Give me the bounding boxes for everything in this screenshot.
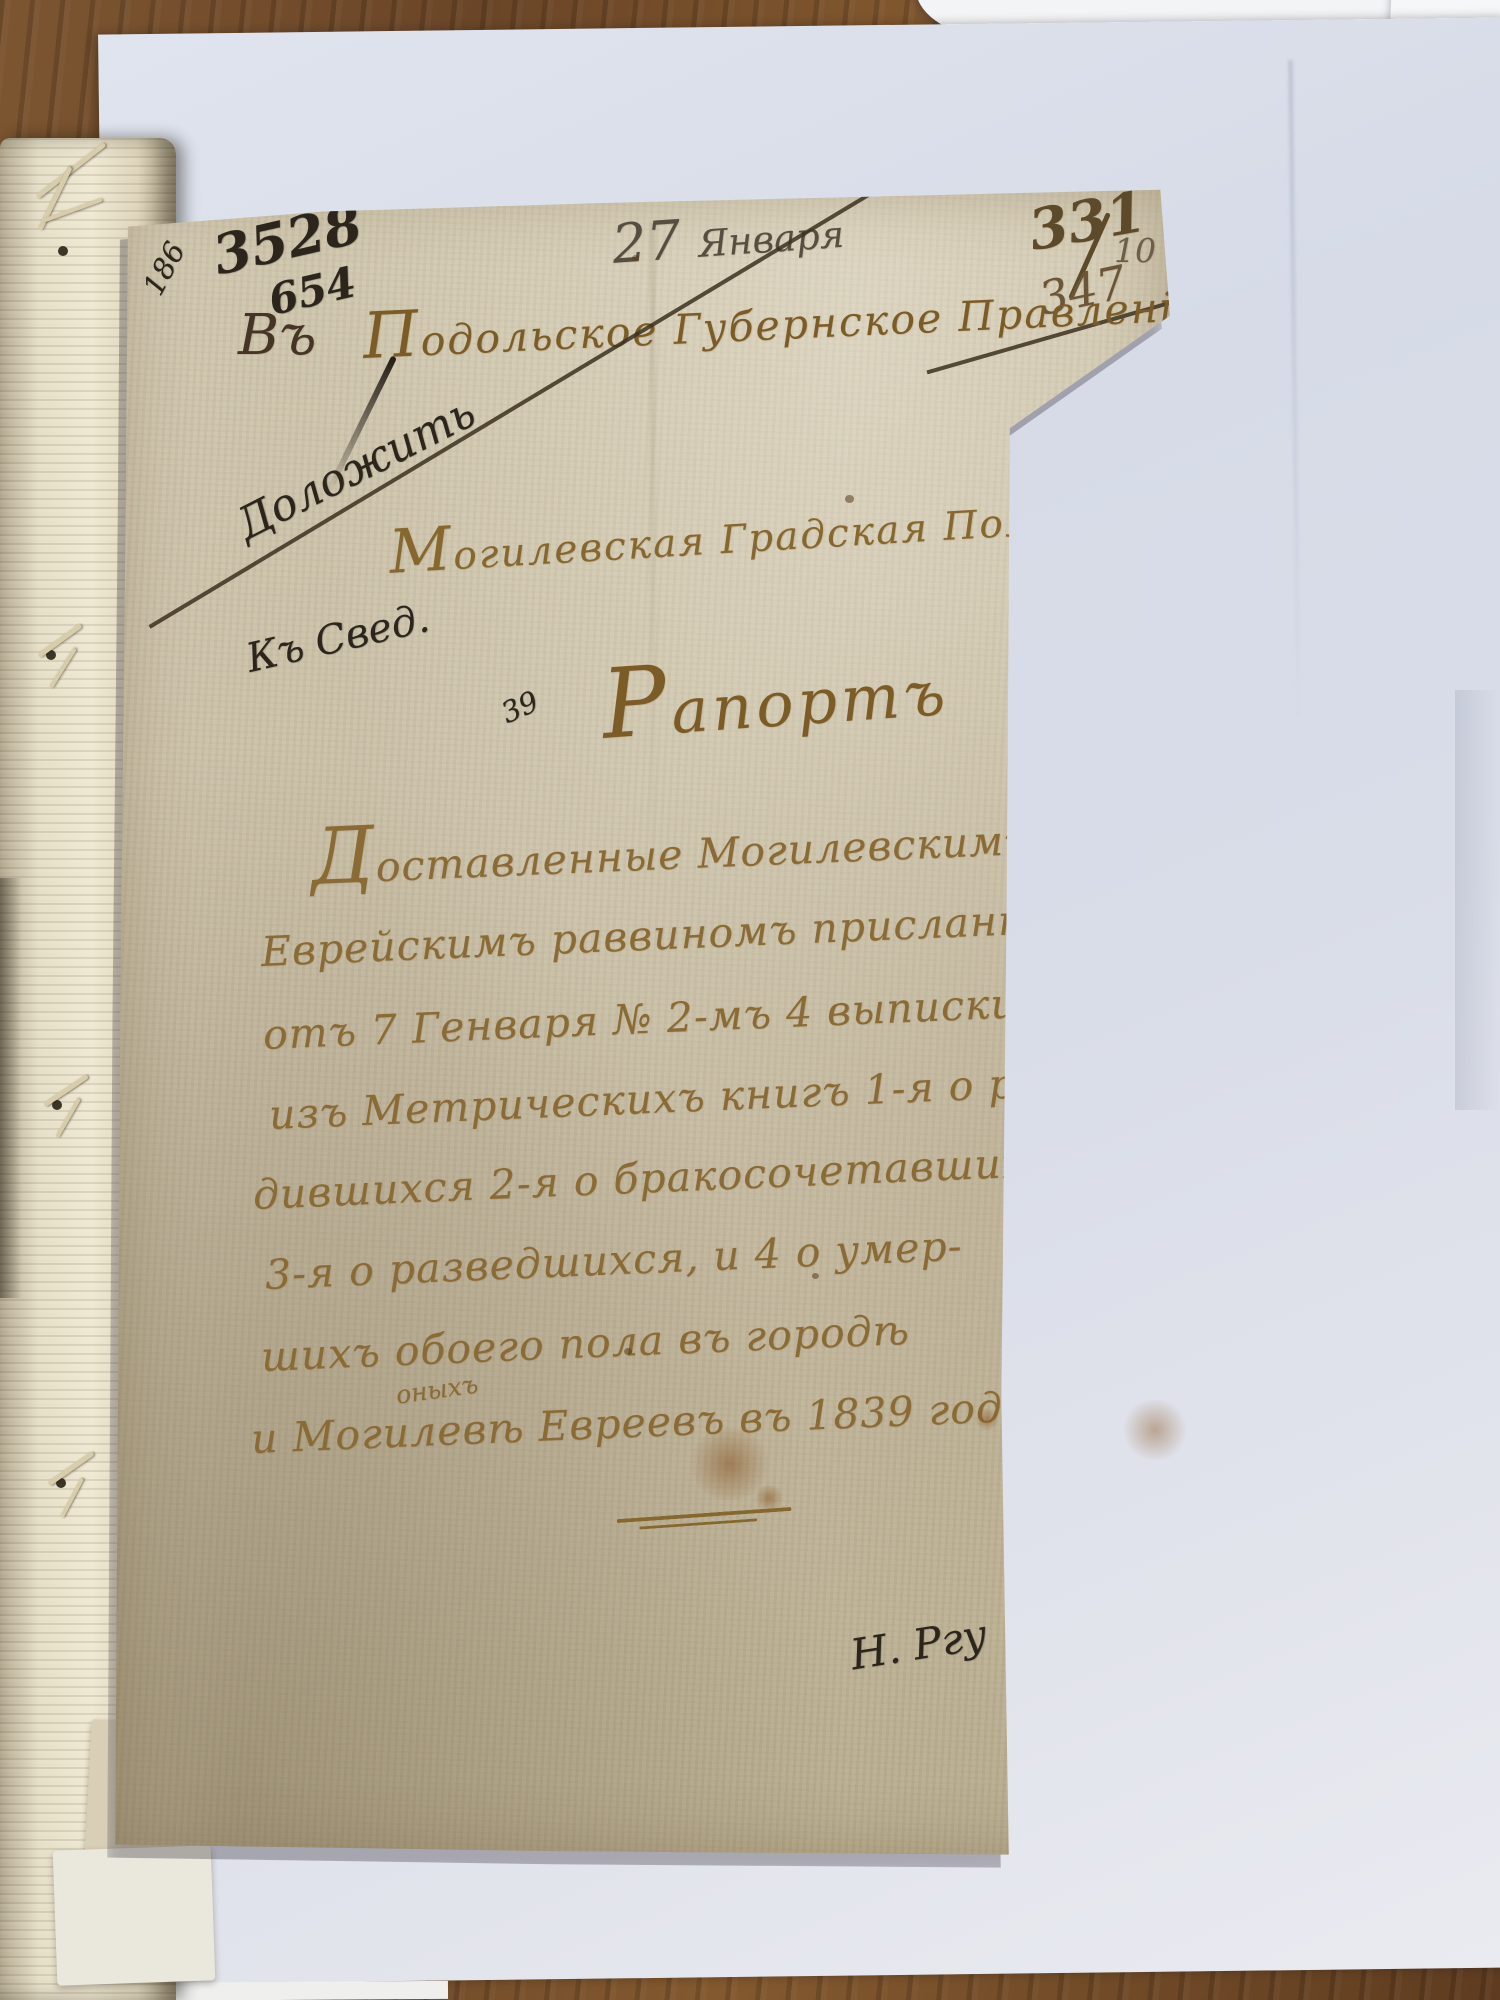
body-line: Доставленные Могилевскимъ: [310, 805, 1033, 894]
backing-stain: [1120, 1400, 1190, 1460]
margin-note: Къ Свед.: [242, 595, 434, 682]
binding-thread: [37, 166, 72, 231]
body-line: дившихся 2-я о бракосочетавшихся,: [252, 1136, 1093, 1219]
body-line: Еврейскимъ раввиномъ присланныя: [260, 893, 1089, 976]
paper-speck: [812, 1273, 819, 1279]
paper-stain: [974, 1408, 1000, 1430]
inserted-word: оныхъ: [394, 1369, 480, 1409]
body-line: шихъ обоего пола въ городѣ: [260, 1306, 911, 1381]
backing-sheet-crease: [1288, 60, 1300, 750]
paper-speck: [845, 495, 854, 503]
date-stamp-day: 27: [610, 208, 683, 276]
report-title: Рапортъ: [600, 653, 951, 753]
backing-sheet-edge: [1455, 690, 1500, 1110]
address-prefix: Въ: [238, 303, 316, 368]
binding-thread: [47, 1451, 94, 1486]
clerk-bottom-mark: Н. Ргу: [847, 1610, 990, 1680]
stitch-hole: [58, 246, 68, 256]
binding-thread: [43, 1074, 89, 1107]
address-line: Подольское Губернское Правленіе: [362, 279, 1202, 368]
margin-note-number: 39: [496, 684, 544, 730]
body-line: и Могилевѣ Евреевъ въ 1839 году: [250, 1382, 1029, 1463]
photo-scene: 3528 654 186 27 Января 331 10 347 Въ Под…: [0, 0, 1500, 2000]
body-line: отъ 7 Генваря № 2-мъ 4 выписки: [262, 979, 1019, 1059]
paper-speck: [624, 1348, 632, 1355]
folio-number: 186: [136, 236, 192, 301]
underlying-white-page: [53, 1845, 216, 1985]
paper-speck: [632, 255, 639, 261]
paper-stain: [754, 1485, 784, 1511]
body-line: 3-я о разведшихся, и 4 о умер-: [264, 1222, 963, 1299]
binding-thread: [37, 623, 82, 658]
body-line: изъ Метрическихъ книгъ 1-я о ро-: [268, 1058, 1057, 1139]
